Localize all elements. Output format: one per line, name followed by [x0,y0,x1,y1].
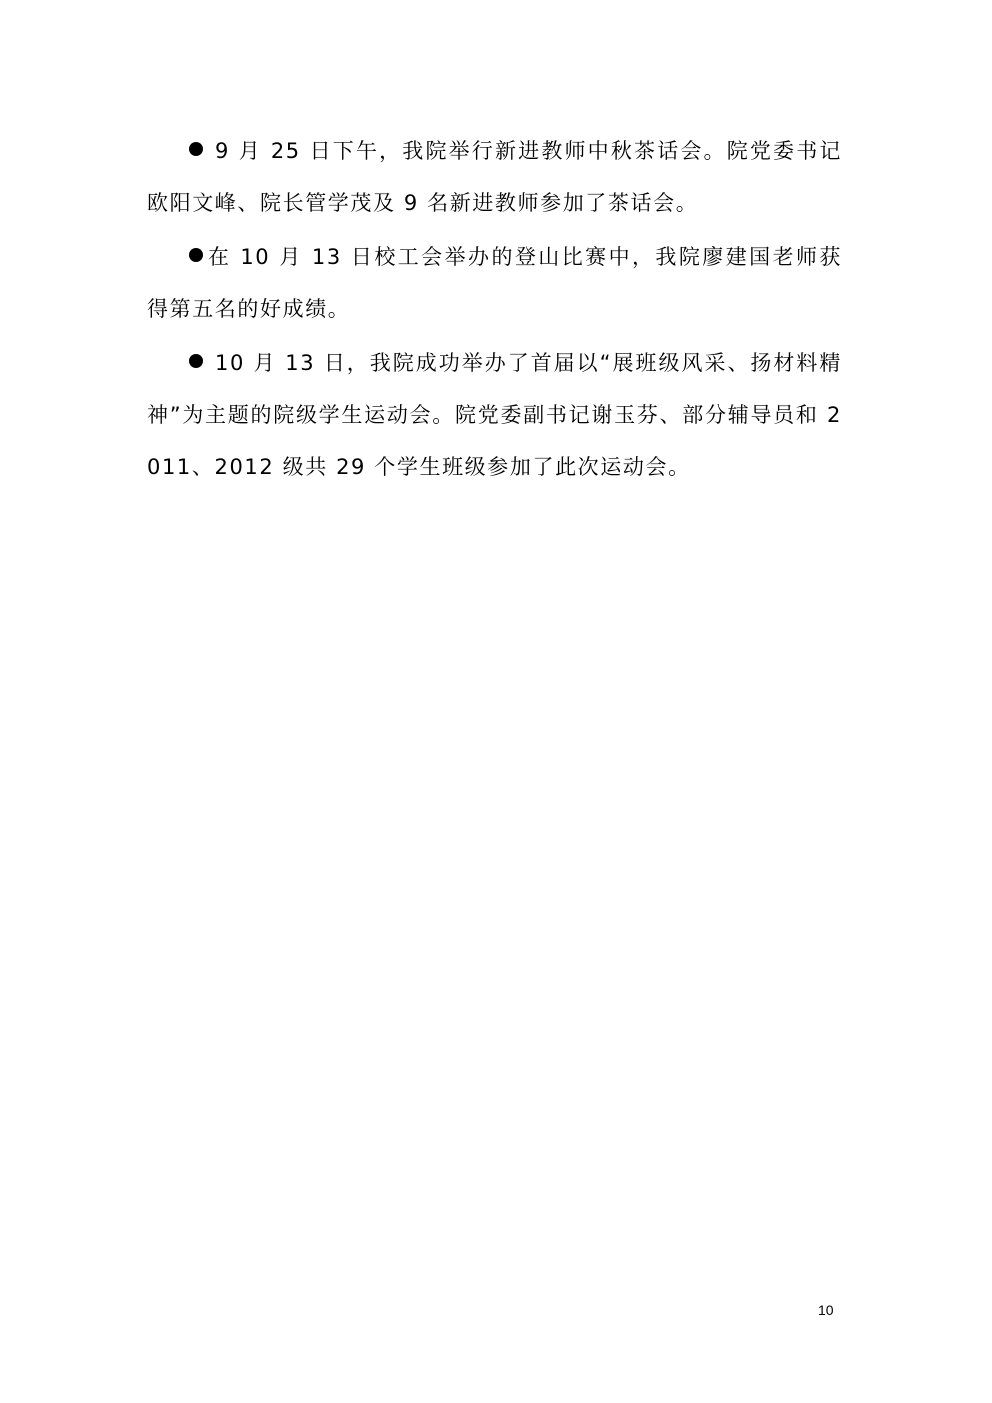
document-page: 9 月 25 日下午，我院举行新进教师中秋茶话会。院党委书记欧阳文峰、院长管学茂… [0,0,992,1403]
paragraph-sports-meet: 10 月 13 日，我院成功举办了首届以“展班级风采、扬材料精神”为主题的院级学… [147,337,842,493]
document-body: 9 月 25 日下午，我院举行新进教师中秋茶话会。院党委书记欧阳文峰、院长管学茂… [147,125,842,495]
bullet-icon [189,248,203,262]
bullet-icon [189,354,203,368]
bullet-icon [189,142,203,156]
paragraph-text: 在 10 月 13 日校工会举办的登山比赛中，我院廖建国老师获得第五名的好成绩。 [147,245,842,321]
paragraph-climbing-contest: 在 10 月 13 日校工会举办的登山比赛中，我院廖建国老师获得第五名的好成绩。 [147,231,842,335]
paragraph-text: 10 月 13 日，我院成功举办了首届以“展班级风采、扬材料精神”为主题的院级学… [147,351,842,479]
paragraph-text: 9 月 25 日下午，我院举行新进教师中秋茶话会。院党委书记欧阳文峰、院长管学茂… [147,139,842,215]
page-number: 10 [818,1302,834,1318]
paragraph-tea-party: 9 月 25 日下午，我院举行新进教师中秋茶话会。院党委书记欧阳文峰、院长管学茂… [147,125,842,229]
